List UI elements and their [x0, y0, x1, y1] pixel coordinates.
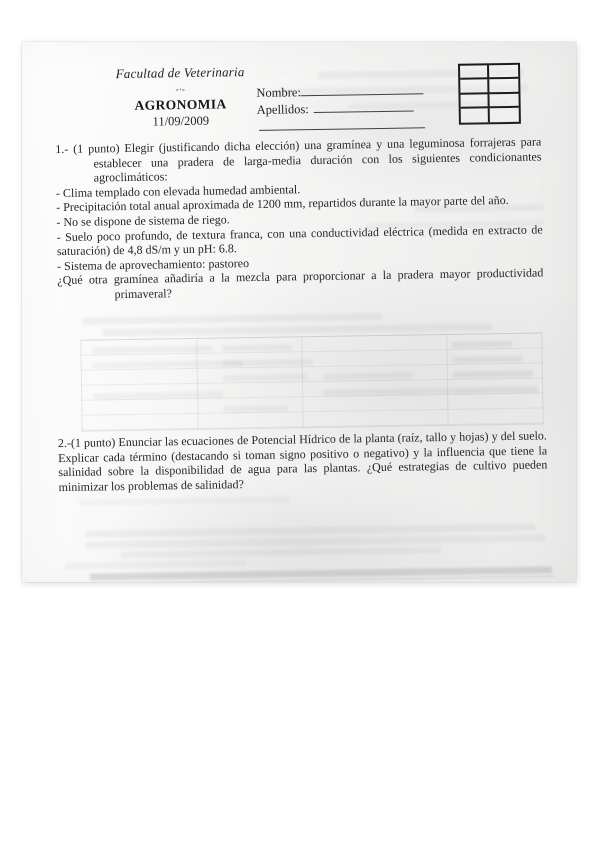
- surnames-label: Apellidos:: [257, 102, 309, 117]
- surnames-blank-line: [314, 99, 414, 113]
- bleedthrough-smudge: [85, 524, 535, 538]
- grade-cell: [461, 108, 490, 123]
- name-blank-line: [301, 82, 424, 96]
- name-label: Nombre:: [256, 85, 301, 100]
- bleedthrough-smudge: [93, 360, 243, 368]
- exam-date: 11/09/2009: [85, 112, 277, 129]
- grade-cell: [489, 65, 518, 80]
- header-separator: -·-: [84, 83, 276, 96]
- q1-closing: ¿Qué otra gramínea añadiría a la mezcla …: [57, 266, 543, 303]
- page-content: Facultad de Veterinaria -·- AGRONOMIA 11…: [22, 42, 576, 582]
- bleedthrough-smudge: [453, 387, 538, 394]
- scanned-exam-page: Facultad de Veterinaria -·- AGRONOMIA 11…: [22, 42, 576, 582]
- bleedthrough-smudge: [121, 547, 441, 558]
- bleedthrough-smudge: [323, 372, 413, 379]
- bleedthrough-smudge: [82, 313, 382, 325]
- grade-cell: [460, 94, 489, 109]
- question-1: 1.- (1 punto) Elegir (justificando dicha…: [55, 134, 543, 302]
- faculty-name: Facultad de Veterinaria: [84, 65, 276, 83]
- q1-intro: 1.- (1 punto) Elegir (justificando dicha…: [55, 134, 542, 185]
- bleedthrough-smudge: [452, 341, 512, 348]
- bleedthrough-smudge: [92, 346, 212, 354]
- bleedthrough-smudge: [93, 391, 223, 399]
- bleedthrough-smudge: [102, 323, 492, 336]
- bleedthrough-smudge: [223, 374, 308, 381]
- question-2: 2.-(1 punto) Enunciar las ecuaciones de …: [58, 428, 548, 494]
- bleedthrough-smudge: [453, 371, 533, 378]
- extra-blank-line: [259, 116, 425, 131]
- bleedthrough-smudge: [323, 388, 453, 396]
- q2-text: 2.-(1 punto) Enunciar las ecuaciones de …: [58, 428, 548, 494]
- bleedthrough-smudge: [80, 496, 290, 505]
- exam-header: Facultad de Veterinaria -·- AGRONOMIA 11…: [84, 65, 277, 130]
- bleedthrough-table: [80, 332, 543, 431]
- grade-cell: [460, 65, 489, 80]
- grade-cell: [489, 79, 518, 94]
- subject-title: AGRONOMIA: [84, 96, 276, 115]
- grade-grid: [458, 63, 521, 125]
- bleedthrough-smudge: [85, 534, 545, 548]
- grade-cell: [460, 80, 489, 95]
- bleedthrough-smudge: [223, 405, 288, 412]
- bleedthrough-smudge: [223, 359, 313, 366]
- bleedthrough-smudge: [66, 560, 246, 569]
- extra-row: [257, 116, 457, 136]
- grade-cell: [490, 108, 519, 123]
- grade-cell: [489, 93, 518, 108]
- bleedthrough-smudge: [453, 356, 523, 363]
- student-fields: Nombre: Apellidos:: [256, 82, 457, 136]
- bleedthrough-smudge: [222, 344, 292, 351]
